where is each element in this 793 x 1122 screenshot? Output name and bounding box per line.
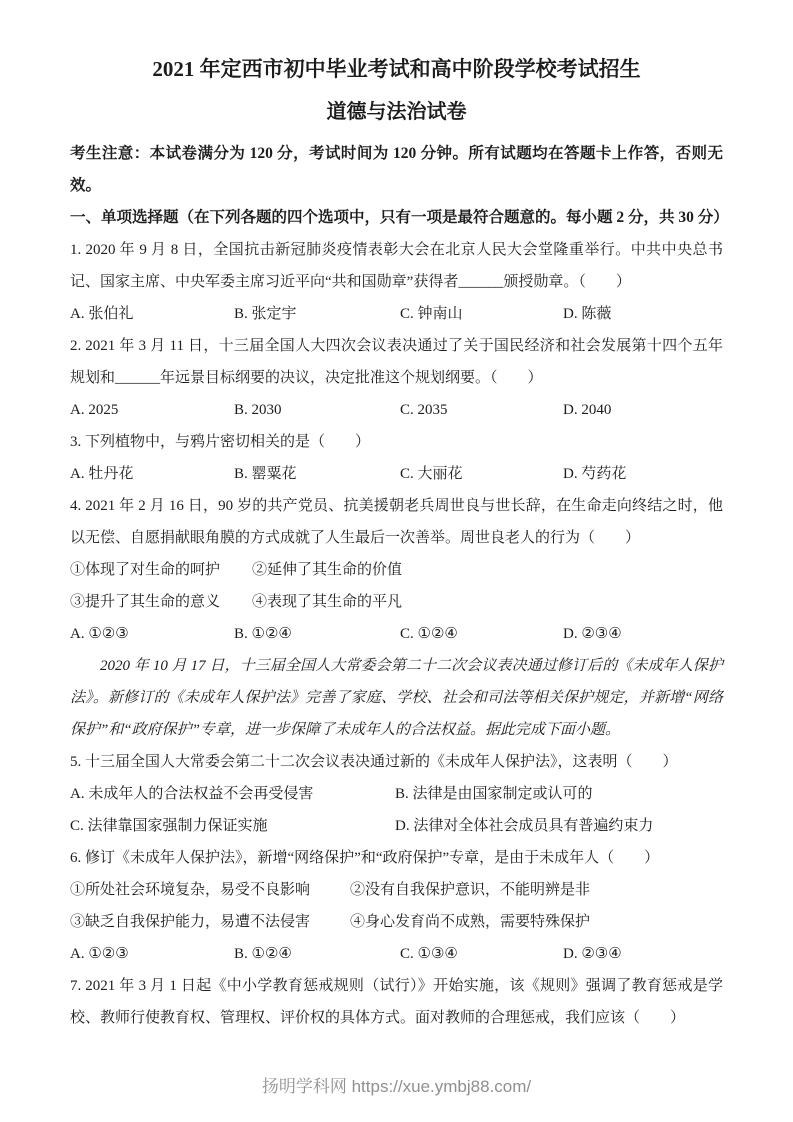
question-5-stem: 5. 十三届全国人大常委会第二十二次会议表决通过新的《未成年人保护法》，这表明（… [70, 746, 723, 778]
option-d: D. 法律对全体社会成员具有普遍约束力 [395, 810, 723, 842]
option-d: D. ②③④ [563, 938, 723, 970]
question-6-subitems-row-2: ③缺乏自我保护能力，易遭不法侵害 ④身心发育尚不成熟，需要特殊保护 [70, 906, 723, 938]
option-b: B. 2030 [234, 394, 400, 426]
option-b: B. 张定宇 [234, 298, 400, 330]
subitem-4: ④表现了其生命的平凡 [252, 586, 723, 618]
question-5-options-row-2: C. 法律靠国家强制力保证实施 D. 法律对全体社会成员具有普遍约束力 [70, 810, 723, 842]
subitem-3: ③提升了其生命的意义 [70, 586, 252, 618]
question-7: 7. 2021 年 3 月 1 日起《中小学教育惩戒规则（试行）》开始实施，该《… [70, 970, 723, 1034]
question-3-stem: 3. 下列植物中，与鸦片密切相关的是（ ） [70, 426, 723, 458]
question-5: 5. 十三届全国人大常委会第二十二次会议表决通过新的《未成年人保护法》，这表明（… [70, 746, 723, 842]
question-2-stem: 2. 2021 年 3 月 11 日，十三届全国人大四次会议表决通过了关于国民经… [70, 330, 723, 394]
question-4-options: A. ①②③ B. ①②④ C. ①②④ D. ②③④ [70, 618, 723, 650]
exam-title: 2021 年定西市初中毕业考试和高中阶段学校考试招生 [70, 54, 723, 84]
question-3-options: A. 牡丹花 B. 罂粟花 C. 大丽花 D. 芍药花 [70, 458, 723, 490]
question-3: 3. 下列植物中，与鸦片密切相关的是（ ） A. 牡丹花 B. 罂粟花 C. 大… [70, 426, 723, 490]
option-c: C. ①②④ [400, 618, 563, 650]
subitem-1: ①体现了对生命的呵护 [70, 554, 252, 586]
question-5-options-row-1: A. 未成年人的合法权益不会再受侵害 B. 法律是由国家制定或认可的 [70, 778, 723, 810]
option-d: D. 陈薇 [563, 298, 723, 330]
option-a: A. 张伯礼 [70, 298, 234, 330]
option-b: B. 罂粟花 [234, 458, 400, 490]
option-a: A. ①②③ [70, 938, 234, 970]
option-a: A. 牡丹花 [70, 458, 234, 490]
option-b: B. 法律是由国家制定或认可的 [395, 778, 723, 810]
option-c: C. 钟南山 [400, 298, 563, 330]
question-6-options: A. ①②③ B. ①②④ C. ①③④ D. ②③④ [70, 938, 723, 970]
option-d: D. ②③④ [563, 618, 723, 650]
option-b: B. ①②④ [234, 938, 400, 970]
subitem-4: ④身心发育尚不成熟，需要特殊保护 [350, 906, 723, 938]
question-6: 6. 修订《未成年人保护法》，新增“网络保护”和“政府保护”专章，是由于未成年人… [70, 842, 723, 970]
subitem-1: ①所处社会环境复杂，易受不良影响 [70, 874, 350, 906]
option-a: A. 2025 [70, 394, 234, 426]
footer: 扬明学科网 https://xue.ymbj88.com/ [0, 1076, 793, 1098]
reading-passage: 2020 年 10 月 17 日，十三届全国人大常委会第二十二次会议表决通过修订… [70, 650, 723, 746]
question-7-stem: 7. 2021 年 3 月 1 日起《中小学教育惩戒规则（试行）》开始实施，该《… [70, 970, 723, 1034]
question-6-subitems-row-1: ①所处社会环境复杂，易受不良影响 ②没有自我保护意识，不能明辨是非 [70, 874, 723, 906]
question-4-stem: 4. 2021 年 2 月 16 日，90 岁的共产党员、抗美援朝老兵周世良与世… [70, 490, 723, 554]
question-1-options: A. 张伯礼 B. 张定宇 C. 钟南山 D. 陈薇 [70, 298, 723, 330]
option-d: D. 2040 [563, 394, 723, 426]
option-c: C. 2035 [400, 394, 563, 426]
question-4-subitems-row-1: ①体现了对生命的呵护 ②延伸了其生命的价值 [70, 554, 723, 586]
option-b: B. ①②④ [234, 618, 400, 650]
subitem-2: ②延伸了其生命的价值 [252, 554, 723, 586]
option-a: A. ①②③ [70, 618, 234, 650]
question-1: 1. 2020 年 9 月 8 日，全国抗击新冠肺炎疫情表彰大会在北京人民大会堂… [70, 234, 723, 330]
exam-subtitle: 道德与法治试卷 [70, 98, 723, 126]
option-a: A. 未成年人的合法权益不会再受侵害 [70, 778, 395, 810]
question-4-subitems-row-2: ③提升了其生命的意义 ④表现了其生命的平凡 [70, 586, 723, 618]
site-watermark: 扬明学科网 https://xue.ymbj88.com/ [262, 1077, 531, 1096]
option-c: C. 大丽花 [400, 458, 563, 490]
question-6-stem: 6. 修订《未成年人保护法》，新增“网络保护”和“政府保护”专章，是由于未成年人… [70, 842, 723, 874]
question-2: 2. 2021 年 3 月 11 日，十三届全国人大四次会议表决通过了关于国民经… [70, 330, 723, 426]
question-1-stem: 1. 2020 年 9 月 8 日，全国抗击新冠肺炎疫情表彰大会在北京人民大会堂… [70, 234, 723, 298]
option-c: C. 法律靠国家强制力保证实施 [70, 810, 395, 842]
option-c: C. ①③④ [400, 938, 563, 970]
question-2-options: A. 2025 B. 2030 C. 2035 D. 2040 [70, 394, 723, 426]
exam-paper-page: 2021 年定西市初中毕业考试和高中阶段学校考试招生 道德与法治试卷 考生注意：… [0, 0, 793, 1122]
candidate-notice: 考生注意：本试卷满分为 120 分，考试时间为 120 分钟。所有试题均在答题卡… [70, 138, 723, 202]
section-heading: 一、单项选择题（在下列各题的四个选项中，只有一项是最符合题意的。每小题 2 分，… [70, 202, 723, 234]
question-4: 4. 2021 年 2 月 16 日，90 岁的共产党员、抗美援朝老兵周世良与世… [70, 490, 723, 650]
option-d: D. 芍药花 [563, 458, 723, 490]
subitem-2: ②没有自我保护意识，不能明辨是非 [350, 874, 723, 906]
subitem-3: ③缺乏自我保护能力，易遭不法侵害 [70, 906, 350, 938]
